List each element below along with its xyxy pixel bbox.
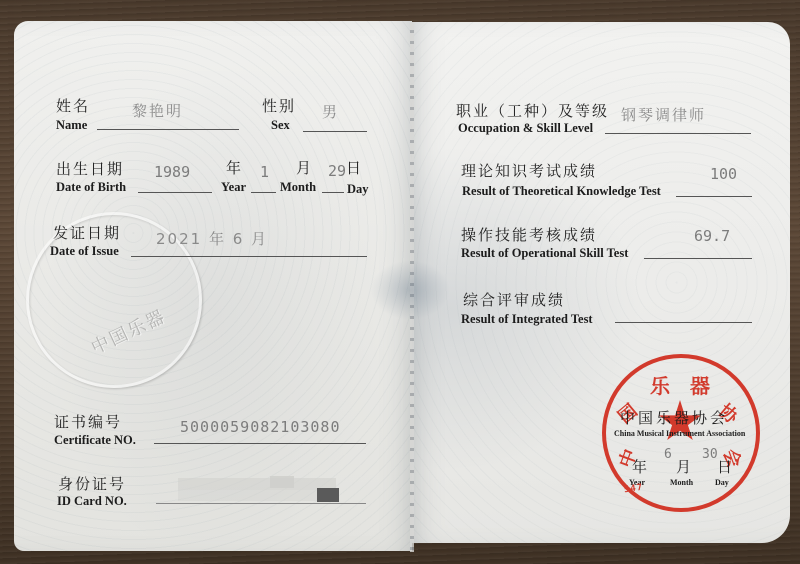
id-card-label-en: ID Card NO. <box>57 494 127 509</box>
name-label-en: Name <box>56 118 87 133</box>
sex-label-en: Sex <box>271 118 290 133</box>
certificate-number-value: 5000059082103080 <box>180 418 341 436</box>
issue-value: 2021 年 6 月 <box>156 228 268 249</box>
birth-year-value: 1989 <box>154 163 190 181</box>
birth-year-cn: 年 <box>226 157 243 178</box>
issue-year-cn: 年 <box>632 456 649 477</box>
id-card-underline <box>156 503 366 504</box>
theory-value: 100 <box>710 165 737 183</box>
issue-label-en: Date of Issue <box>50 244 119 259</box>
birth-month-value: 1 <box>260 163 269 181</box>
issue-month-value: 6 <box>664 447 672 462</box>
name-underline <box>97 129 239 130</box>
theory-label-en: Result of Theoretical Knowledge Test <box>462 184 661 199</box>
operation-label-cn: 操作技能考核成绩 <box>461 224 597 245</box>
integrated-underline <box>615 322 752 323</box>
birth-day-en: Day <box>347 182 369 197</box>
name-value: 黎艳明 <box>132 100 183 121</box>
sex-label-cn: 性别 <box>262 95 296 116</box>
issuer-name-cn: 中国乐器协会 <box>620 407 728 428</box>
birth-month-cn: 月 <box>296 157 313 178</box>
theory-underline <box>676 196 752 197</box>
operation-underline <box>644 258 752 259</box>
issue-label-cn: 发证日期 <box>53 222 121 243</box>
sex-underline <box>303 131 367 132</box>
stamp-char-le: 乐 <box>650 370 670 399</box>
operation-label-en: Result of Operational Skill Test <box>461 246 628 261</box>
issue-month-en: Month <box>670 478 693 487</box>
name-label-cn: 姓名 <box>56 95 90 116</box>
birth-year-underline <box>138 192 212 193</box>
birth-month-en: Month <box>280 180 316 195</box>
integrated-label-en: Result of Integrated Test <box>461 312 593 327</box>
occupation-underline <box>605 133 751 134</box>
sex-value: 男 <box>322 101 339 122</box>
issue-day-en: Day <box>715 478 729 487</box>
birth-year-en: Year <box>221 180 246 195</box>
stamp-char-qi: 器 <box>690 370 710 399</box>
birth-day-cn: 日 <box>346 157 363 178</box>
integrated-label-cn: 综合评审成绩 <box>463 289 565 310</box>
certificate-label-cn: 证书编号 <box>54 411 122 432</box>
birth-month-underline <box>251 192 276 193</box>
birth-day-underline <box>322 192 344 193</box>
issue-day-value: 30 <box>702 447 718 462</box>
birth-day-value: 29 <box>328 162 346 180</box>
issuer-name-en: China Musical Instrument Association <box>614 429 745 438</box>
occupation-label-cn: 职业（工种）及等级 <box>456 100 609 121</box>
birth-label-cn: 出生日期 <box>56 158 124 179</box>
theory-label-cn: 理论知识考试成绩 <box>461 160 597 181</box>
operation-value: 69.7 <box>694 227 730 245</box>
birth-label-en: Date of Birth <box>56 180 126 195</box>
occupation-value: 钢琴调律师 <box>621 104 706 125</box>
occupation-label-en: Occupation & Skill Level <box>458 121 593 136</box>
issue-day-cn: 日 <box>717 456 734 477</box>
issue-month-cn: 月 <box>676 456 693 477</box>
id-card-label-cn: 身份证号 <box>58 473 126 494</box>
spine-shadow <box>370 260 450 320</box>
certificate-underline <box>154 443 366 444</box>
issue-underline <box>131 256 367 257</box>
certificate-label-en: Certificate NO. <box>54 433 136 448</box>
